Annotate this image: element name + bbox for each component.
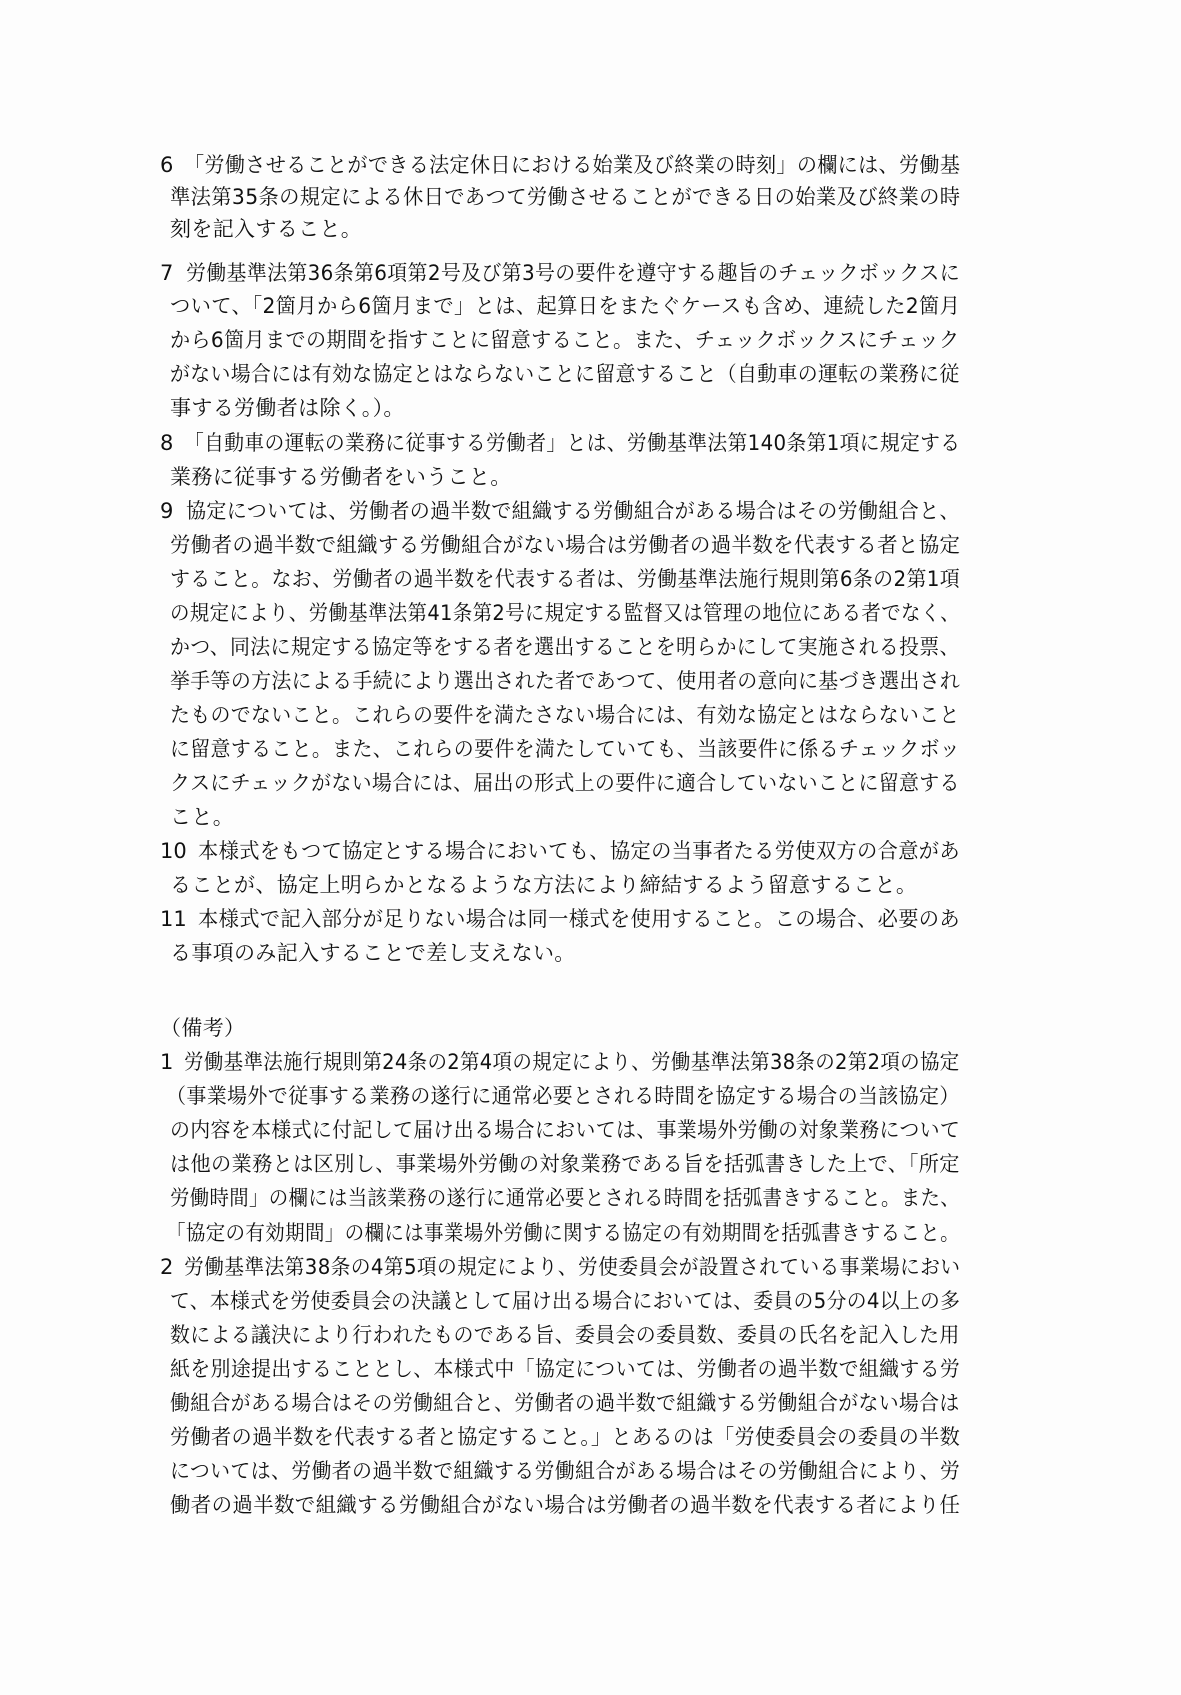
note-line: 挙手等の方法による手続により選出された者であつて、使用者の意向に基づき選出され <box>170 666 960 696</box>
remark-line: の内容を本様式に付記して届け出る場合においては、事業場外労働の対象業務について <box>170 1115 960 1145</box>
note-number: 10 <box>160 836 187 866</box>
note-line: 本様式をもつて協定とする場合においても、協定の当事者たる労使双方の合意があ <box>198 836 960 866</box>
note-line: 「自動車の運転の業務に従事する労働者」とは、労働基準法第140条第1項に規定する <box>184 428 960 458</box>
remark-line: については、労働者の過半数で組織する労働組合がある場合はその労働組合により、労 <box>170 1456 960 1486</box>
note-line: から6箇月までの期間を指すことに留意すること。また、チェックボックスにチェック <box>170 325 960 355</box>
note-number: 11 <box>160 904 187 934</box>
remark-line: 紙を別途提出することとし、本様式中「協定については、労働者の過半数で組織する労 <box>170 1354 960 1384</box>
note-line: 業務に従事する労働者をいうこと。 <box>170 462 512 492</box>
note-number: 8 <box>160 428 173 458</box>
note-line: がない場合には有効な協定とはならないことに留意すること（自動車の運転の業務に従 <box>170 359 960 389</box>
note-line: すること。なお、労働者の過半数を代表する者は、労働基準法施行規則第6条の2第1項 <box>170 564 960 594</box>
note-line: こと。 <box>170 802 234 832</box>
note-number: 9 <box>160 496 173 526</box>
remark-line: 数による議決により行われたものである旨、委員会の委員数、委員の氏名を記入した用 <box>170 1320 960 1350</box>
remark-line: 「協定の有効期間」の欄には事業場外労働に関する協定の有効期間を括弧書きすること。 <box>166 1218 960 1248</box>
note-number: 7 <box>160 258 173 288</box>
note-number: 6 <box>160 150 173 180</box>
remark-line: 労働時間」の欄には当該業務の遂行に通常必要とされる時間を括弧書きすること。また、 <box>170 1183 960 1213</box>
remark-line: 労働基準法第38条の4第5項の規定により、労使委員会が設置されている事業場におい <box>184 1252 960 1282</box>
note-line: 協定については、労働者の過半数で組織する労働組合がある場合はその労働組合と、 <box>186 496 960 526</box>
note-line: 刻を記入すること。 <box>170 214 362 244</box>
note-line: る事項のみ記入することで差し支えない。 <box>170 938 576 968</box>
note-line: 「労働させることができる法定休日における始業及び終業の時刻」の欄には、労働基 <box>184 150 960 180</box>
remark-line: 働組合がある場合はその労働組合と、労働者の過半数で組織する労働組合がない場合は <box>170 1388 960 1418</box>
note-line: 準法第35条の規定による休日であつて労働させることができる日の始業及び終業の時 <box>170 182 960 212</box>
note-line: クスにチェックがない場合には、届出の形式上の要件に適合していないことに留意する <box>170 768 960 798</box>
remark-line: は他の業務とは区別し、事業場外労働の対象業務である旨を括弧書きした上で、「所定 <box>170 1149 960 1179</box>
note-line: ついて、「2箇月から6箇月まで」とは、起算日をまたぐケースも含め、連続した2箇月 <box>170 291 960 321</box>
note-line: かつ、同法に規定する協定等をする者を選出することを明らかにして実施される投票、 <box>170 632 960 662</box>
note-line: 事する労働者は除く。）。 <box>170 393 405 423</box>
note-line: たものでないこと。これらの要件を満たさない場合には、有効な協定とはならないこと <box>170 700 960 730</box>
remark-line: て、本様式を労使委員会の決議として届け出る場合においては、委員の5分の4以上の多 <box>170 1286 960 1316</box>
remark-line: （事業場外で従事する業務の遂行に通常必要とされる時間を協定する場合の当該協定） <box>166 1081 960 1111</box>
remark-number: 1 <box>160 1047 173 1077</box>
remarks-heading: （備考） <box>160 1013 245 1043</box>
document-page: 6 「労働させることができる法定休日における始業及び終業の時刻」の欄には、労働基… <box>0 0 1181 1695</box>
remark-line: 労働基準法施行規則第24条の2第4項の規定により、労働基準法第38条の2第2項の… <box>184 1047 960 1077</box>
note-line: の規定により、労働基準法第41条第2号に規定する監督又は管理の地位にある者でなく… <box>170 598 960 628</box>
note-line: ることが、協定上明らかとなるような方法により締結するよう留意すること。 <box>170 870 917 900</box>
note-line: に留意すること。また、これらの要件を満たしていても、当該要件に係るチェックボッ <box>170 734 960 764</box>
note-line: 労働基準法第36条第6項第2号及び第3号の要件を遵守する趣旨のチェックボックスに <box>186 258 960 288</box>
remark-line: 労働者の過半数を代表する者と協定すること。」とあるのは「労使委員会の委員の半数 <box>170 1422 960 1452</box>
remark-line: 働者の過半数で組織する労働組合がない場合は労働者の過半数を代表する者により任 <box>170 1490 960 1520</box>
note-line: 本様式で記入部分が足りない場合は同一様式を使用すること。この場合、必要のあ <box>198 904 960 934</box>
note-line: 労働者の過半数で組織する労働組合がない場合は労働者の過半数を代表する者と協定 <box>170 530 960 560</box>
remark-number: 2 <box>160 1252 173 1282</box>
